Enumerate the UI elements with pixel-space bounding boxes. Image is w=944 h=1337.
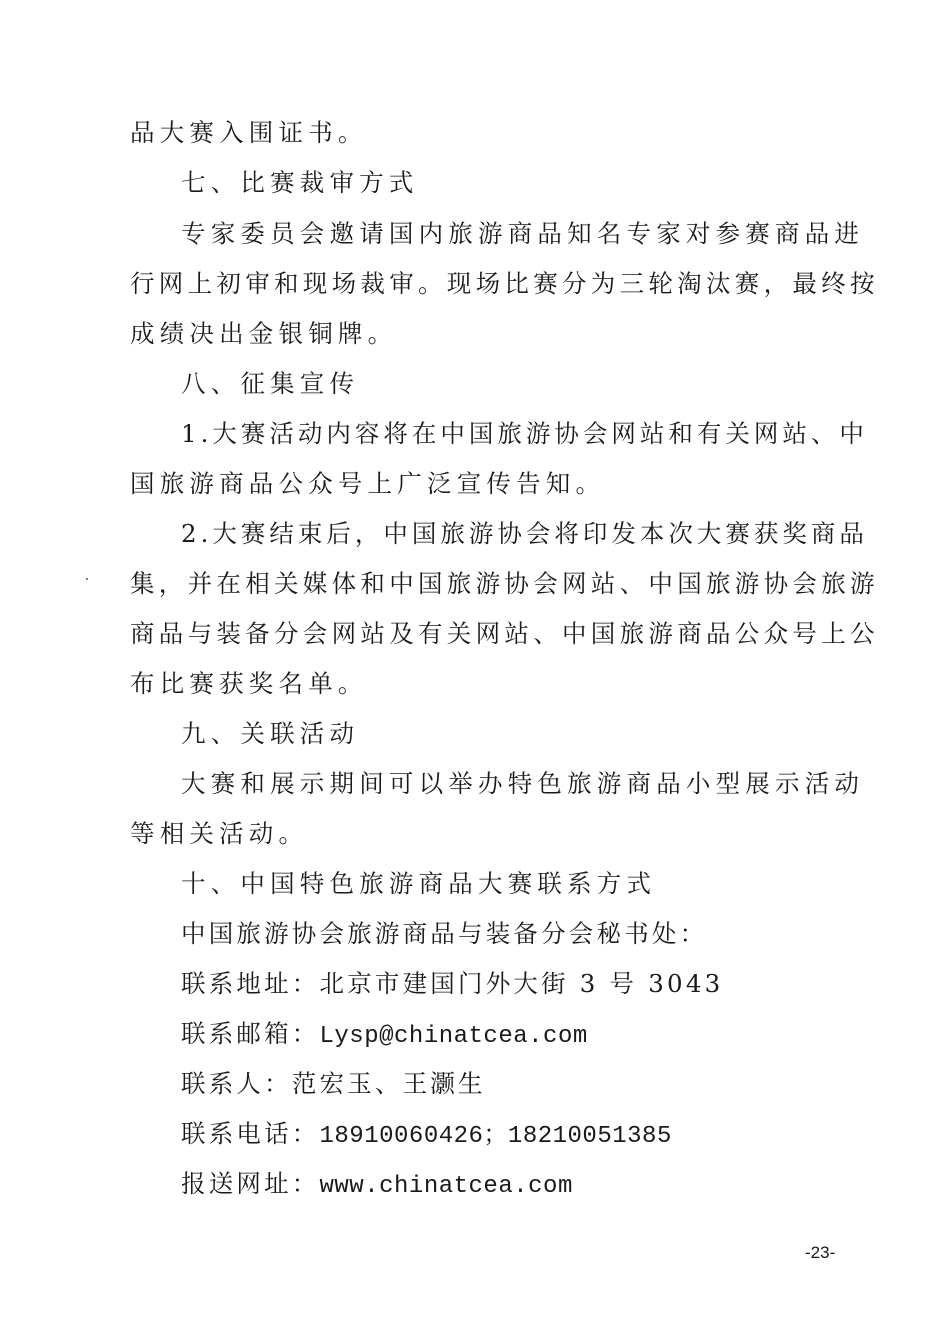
document-page: 品大赛入围证书。 七、比赛裁审方式 专家委员会邀请国内旅游商品知名专家对参赛商品… xyxy=(0,0,944,1337)
contact-phone-value: 18910060426；18210051385 xyxy=(320,1123,672,1150)
contact-person-value: 范宏玉、王灏生 xyxy=(292,1069,486,1098)
contact-person-label: 联系人： xyxy=(181,1069,292,1098)
contact-address-value: 北京市建国门外大街 3 号 3043 xyxy=(320,969,724,998)
paragraph-line: 行网上初审和现场裁审。现场比赛分为三轮淘汰赛，最终按 xyxy=(130,268,879,300)
paragraph-line: 专家委员会邀请国内旅游商品知名专家对参赛商品进 xyxy=(181,218,864,250)
section-heading-publicity: 八、征集宣传 xyxy=(181,368,359,400)
contact-email-label: 联系邮箱： xyxy=(181,1019,320,1048)
page-number: -23- xyxy=(805,1243,835,1263)
paragraph-line: 1.大赛活动内容将在中国旅游协会网站和有关网站、中 xyxy=(181,418,868,450)
scan-speck-decoration xyxy=(86,578,88,580)
contact-address-label: 联系地址： xyxy=(181,969,320,998)
paragraph-line: 国旅游商品公众号上广泛宣传告知。 xyxy=(130,468,605,500)
contact-website-label: 报送网址： xyxy=(181,1169,320,1198)
organization-name: 中国旅游协会旅游商品与装备分会秘书处： xyxy=(181,918,707,950)
paragraph-line: 品大赛入围证书。 xyxy=(130,117,368,149)
paragraph-line: 2.大赛结束后，中国旅游协会将印发本次大赛获奖商品 xyxy=(181,518,868,550)
contact-website: 报送网址：www.chinatcea.com xyxy=(181,1168,573,1203)
contact-phone-label: 联系电话： xyxy=(181,1119,320,1148)
section-heading-contact: 十、中国特色旅游商品大赛联系方式 xyxy=(181,868,656,900)
section-heading-judging: 七、比赛裁审方式 xyxy=(181,167,419,199)
paragraph-line: 集，并在相关媒体和中国旅游协会网站、中国旅游协会旅游 xyxy=(130,568,879,600)
contact-email: 联系邮箱：Lysp@chinatcea.com xyxy=(181,1018,588,1053)
contact-email-value[interactable]: Lysp@chinatcea.com xyxy=(320,1023,588,1050)
contact-person: 联系人：范宏玉、王灏生 xyxy=(181,1068,486,1100)
contact-website-value[interactable]: www.chinatcea.com xyxy=(320,1173,573,1200)
contact-phone: 联系电话：18910060426；18210051385 xyxy=(181,1118,672,1153)
contact-address: 联系地址：北京市建国门外大街 3 号 3043 xyxy=(181,968,723,1000)
section-heading-related-activities: 九、关联活动 xyxy=(181,718,359,750)
paragraph-line: 等相关活动。 xyxy=(130,818,308,850)
paragraph-line: 布比赛获奖名单。 xyxy=(130,668,368,700)
paragraph-line: 大赛和展示期间可以举办特色旅游商品小型展示活动 xyxy=(181,768,864,800)
paragraph-line: 商品与装备分会网站及有关网站、中国旅游商品公众号上公 xyxy=(130,618,879,650)
paragraph-line: 成绩决出金银铜牌。 xyxy=(130,318,397,350)
